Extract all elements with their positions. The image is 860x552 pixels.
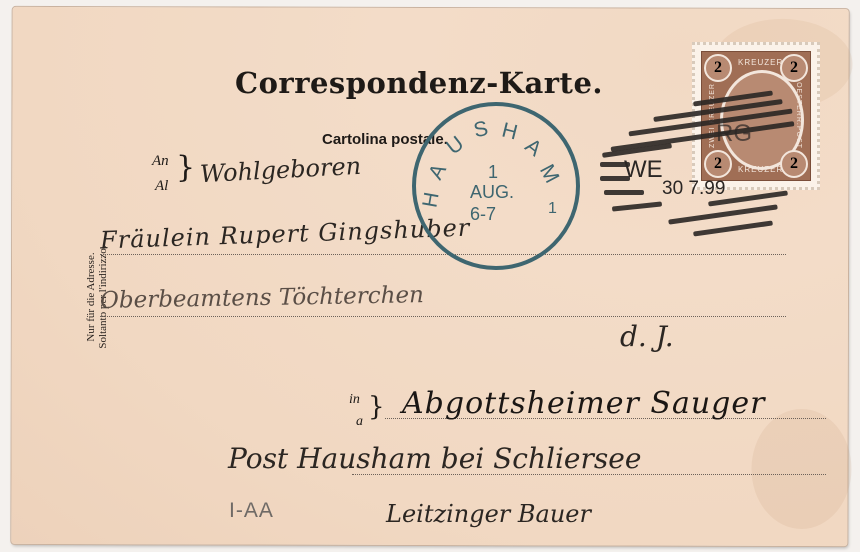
handwriting-line-4: Abgottsheimer Sauger: [402, 386, 765, 421]
cds-letter: H: [499, 119, 520, 146]
cds-letter: A: [520, 134, 546, 162]
cds-time: 6-7: [470, 204, 496, 225]
cancel-bar: [693, 220, 773, 236]
handwriting-line-3-end: d. J.: [620, 320, 674, 353]
cds-month: AUG.: [470, 182, 514, 203]
label-an: An: [152, 153, 169, 170]
brace: }: [368, 392, 385, 422]
circular-date-stamp: H A U S H A M 1 AUG. 6-7 1: [412, 102, 580, 270]
cds-letter: H: [418, 190, 444, 209]
side-note-german: Nur für die Adresse.: [85, 222, 97, 372]
cancel-town-fragment-2: RG: [716, 120, 752, 148]
cancel-bar: [604, 190, 644, 195]
pencil-note: I-AA: [229, 499, 274, 523]
stamp-value: 2: [780, 54, 808, 82]
handwriting-line-5: Post Hausham bei Schliersee: [228, 442, 641, 475]
barred-cancellation: WE RG 30 7.99: [598, 92, 803, 242]
brace: }: [176, 150, 195, 185]
stamp-value: 2: [704, 54, 732, 82]
address-line-1: [100, 254, 786, 255]
cancel-date: 30 7.99: [662, 178, 725, 200]
label-al: Al: [155, 178, 168, 195]
cds-day: 1: [488, 162, 498, 183]
label-a: a: [356, 414, 363, 430]
cds-letter: A: [424, 160, 452, 184]
cancel-town-fragment: WE: [624, 156, 663, 184]
cds-letter: M: [534, 161, 563, 188]
cancel-bar: [612, 201, 662, 211]
label-in: in: [349, 392, 360, 408]
card-title: Correspondenz-Karte.: [235, 66, 603, 100]
handwriting-line-6: Leitzinger Bauer: [386, 500, 591, 528]
stamp-currency-top: KREUZER: [738, 58, 783, 67]
cds-letter: S: [472, 117, 491, 143]
address-line-2: [100, 316, 786, 317]
cds-letter: U: [442, 132, 469, 160]
cds-side-number: 1: [548, 200, 557, 218]
paper-stain: [751, 409, 851, 529]
